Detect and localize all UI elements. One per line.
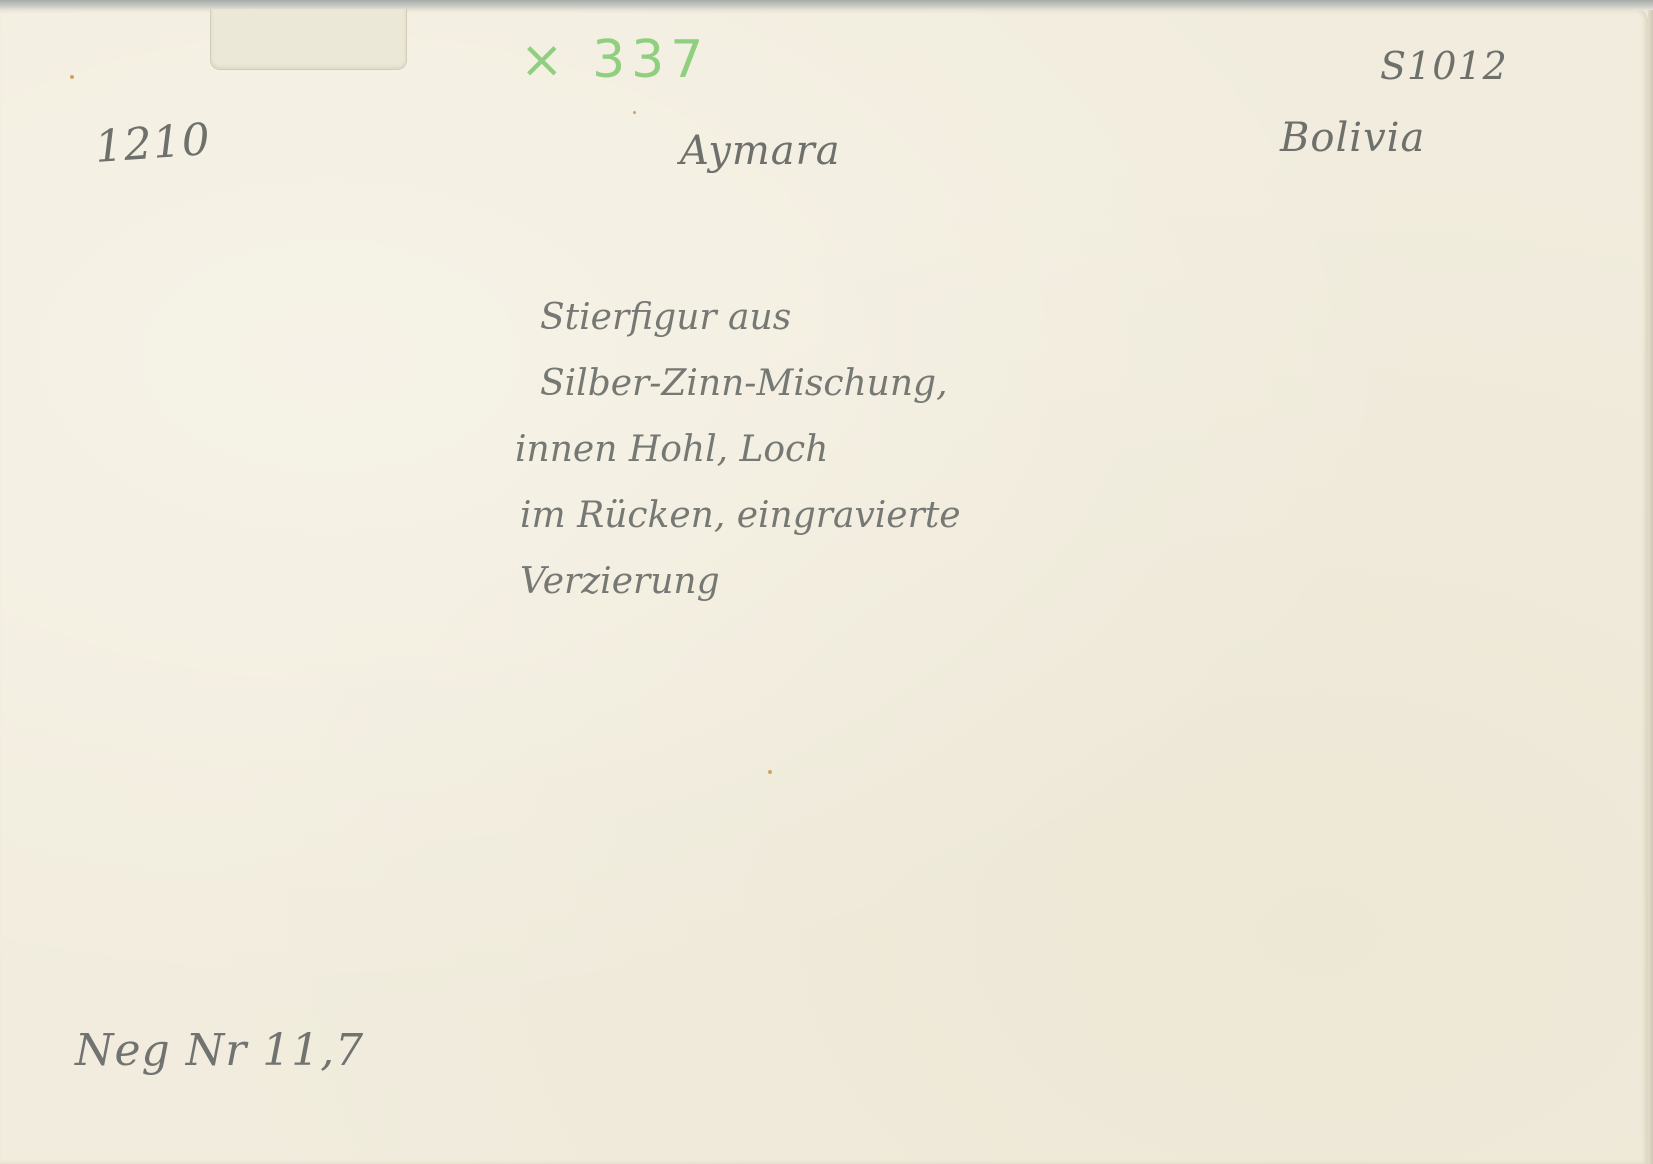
description-note: Stierfigur aus Silber-Zinn-Mischung, inn… [515,285,961,615]
note-line: im Rücken, eingravierte [520,483,961,549]
note-line: innen Hohl, Loch [515,417,961,483]
paper-speck [768,770,772,774]
catalog-number: 1210 [93,114,212,173]
note-line: Stierfigur aus [540,285,961,351]
green-inventory-number: × 337 [520,30,709,90]
paper-speck [70,75,74,79]
people-label: Aymara [680,128,841,174]
negative-number: Neg Nr 11,7 [75,1025,364,1076]
scanned-card: 1210 × 337 Aymara S1012 Bolivia Stierfig… [0,0,1653,1164]
note-line: Verzierung [520,549,961,615]
country-label: Bolivia [1280,115,1425,161]
paper-speck [633,111,636,114]
collection-code: S1012 [1380,44,1508,88]
note-line: Silber-Zinn-Mischung, [540,351,961,417]
card-right-edge [1648,10,1653,1164]
label-patch [210,9,407,70]
